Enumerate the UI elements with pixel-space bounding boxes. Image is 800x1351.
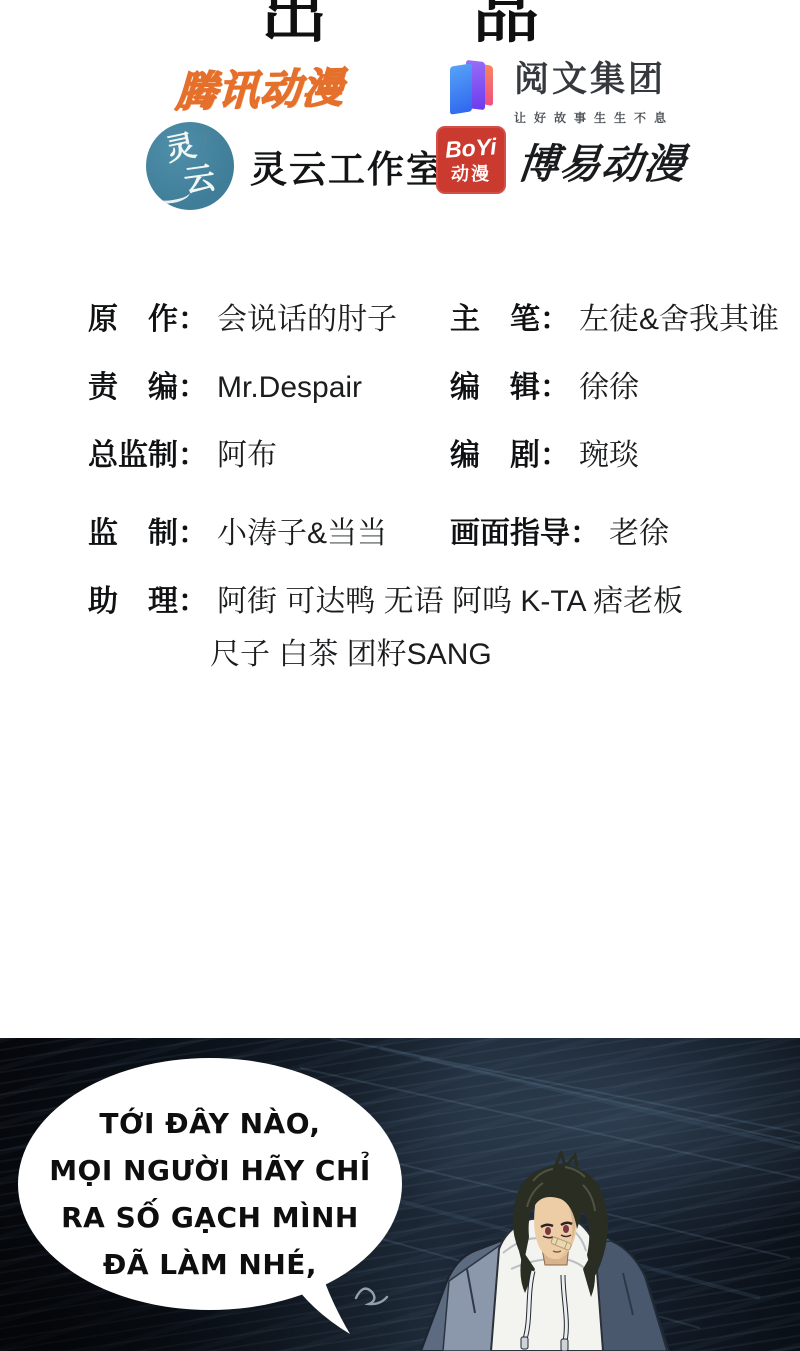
lingyun-seal-redmark: ︙ [202, 132, 211, 143]
credit-value: 琬琰 [579, 439, 639, 472]
credit-lead-artist: 主 笔：左徒&舍我其谁 [450, 294, 779, 338]
credit-assistants-wrap: 尺子 白茶 团籽SANG [210, 629, 492, 673]
boyi-badge-icon: BoYi 动漫 [436, 126, 506, 194]
credit-label: 监 制： [88, 517, 208, 550]
lingyun-seal-brushstroke [155, 186, 190, 204]
credit-value: 尺子 白茶 团籽SANG [210, 638, 492, 671]
speech-bubble-text: TỚI ĐÂY NÀO, MỌI NGƯỜI HÃY CHỈ RA SỐ GẠC… [18, 1058, 402, 1310]
credit-value: 会说话的肘子 [217, 303, 397, 336]
credit-label: 画面指导： [450, 517, 600, 550]
credit-value: 老徐 [609, 517, 669, 550]
credit-original-work: 原 作：会说话的肘子 [88, 294, 397, 338]
credit-chief-editor: 责 编：Mr.Despair [88, 362, 362, 406]
credit-label: 主 笔： [450, 303, 570, 336]
credit-value: 小涛子&当当 [217, 517, 387, 550]
credit-label: 责 编： [88, 371, 208, 404]
lingyun-seal-char1: 灵 [163, 131, 199, 167]
speech-line: ĐÃ LÀM NHÉ, [103, 1241, 317, 1288]
credit-label: 原 作： [88, 303, 208, 336]
boyi-badge-line2: 动漫 [451, 165, 491, 183]
credit-supervisor: 监 制：小涛子&当当 [88, 508, 387, 552]
tencent-comics-logo: 腾讯动漫 [162, 54, 358, 118]
speech-line: RA SỐ GẠCH MÌNH [61, 1194, 359, 1241]
credit-value: 左徒&舍我其谁 [579, 303, 779, 336]
credit-editor: 编 辑：徐徐 [450, 362, 639, 406]
credit-screenwriter: 编 剧：琬琰 [450, 430, 639, 474]
yuewen-group-logo: 阅文集团 让好故事生生不息 [450, 52, 674, 126]
credit-label: 编 剧： [450, 439, 570, 472]
page-title: 出 品 [0, 0, 800, 55]
credit-label: 总监制： [88, 439, 208, 472]
yuewen-tagline: 让好故事生生不息 [514, 109, 674, 126]
credit-value: 阿街 可达鸭 无语 阿呜 K-TA 痞老板 [217, 585, 683, 618]
credit-chief-supervisor: 总监制：阿布 [88, 430, 277, 474]
credit-value: Mr.Despair [217, 371, 362, 404]
credit-label: 助 理： [88, 585, 208, 618]
speech-line: MỌI NGƯỜI HÃY CHỈ [49, 1147, 371, 1194]
credit-value: 阿布 [217, 439, 277, 472]
boyi-badge-line1: BoYi [444, 135, 497, 162]
comic-panel: TỚI ĐÂY NÀO, MỌI NGƯỜI HÃY CHỈ RA SỐ GẠC… [0, 1038, 800, 1351]
boyi-name: 博易动漫 [515, 131, 689, 190]
boyi-comics-logo: BoYi 动漫 博易动漫 [436, 126, 686, 194]
yuewen-books-icon [450, 59, 502, 119]
credit-label: 编 辑： [450, 371, 570, 404]
speech-line: TỚI ĐÂY NÀO, [99, 1100, 320, 1147]
credit-art-director: 画面指导：老徐 [450, 508, 669, 552]
yuewen-text-block: 阅文集团 让好故事生生不息 [514, 52, 674, 126]
credit-value: 徐徐 [579, 371, 639, 404]
tencent-comics-logo-text: 腾讯动漫 [175, 54, 346, 117]
lingyun-name: 灵云工作室 [250, 139, 445, 193]
lingyun-seal-icon: 灵 云 ︙ [146, 122, 234, 210]
yuewen-book-blue-icon [450, 63, 472, 114]
yuewen-name: 阅文集团 [514, 52, 674, 102]
lingyun-studio-logo: 灵 云 ︙ 灵云工作室 [146, 122, 445, 210]
comic-credits-page: 出 品 腾讯动漫 阅文集团 让好故事生生不息 灵 云 ︙ 灵云工作室 BoYi … [0, 0, 800, 1351]
character-illustration [415, 1151, 695, 1351]
credit-assistants: 助 理：阿街 可达鸭 无语 阿呜 K-TA 痞老板 [88, 576, 683, 620]
